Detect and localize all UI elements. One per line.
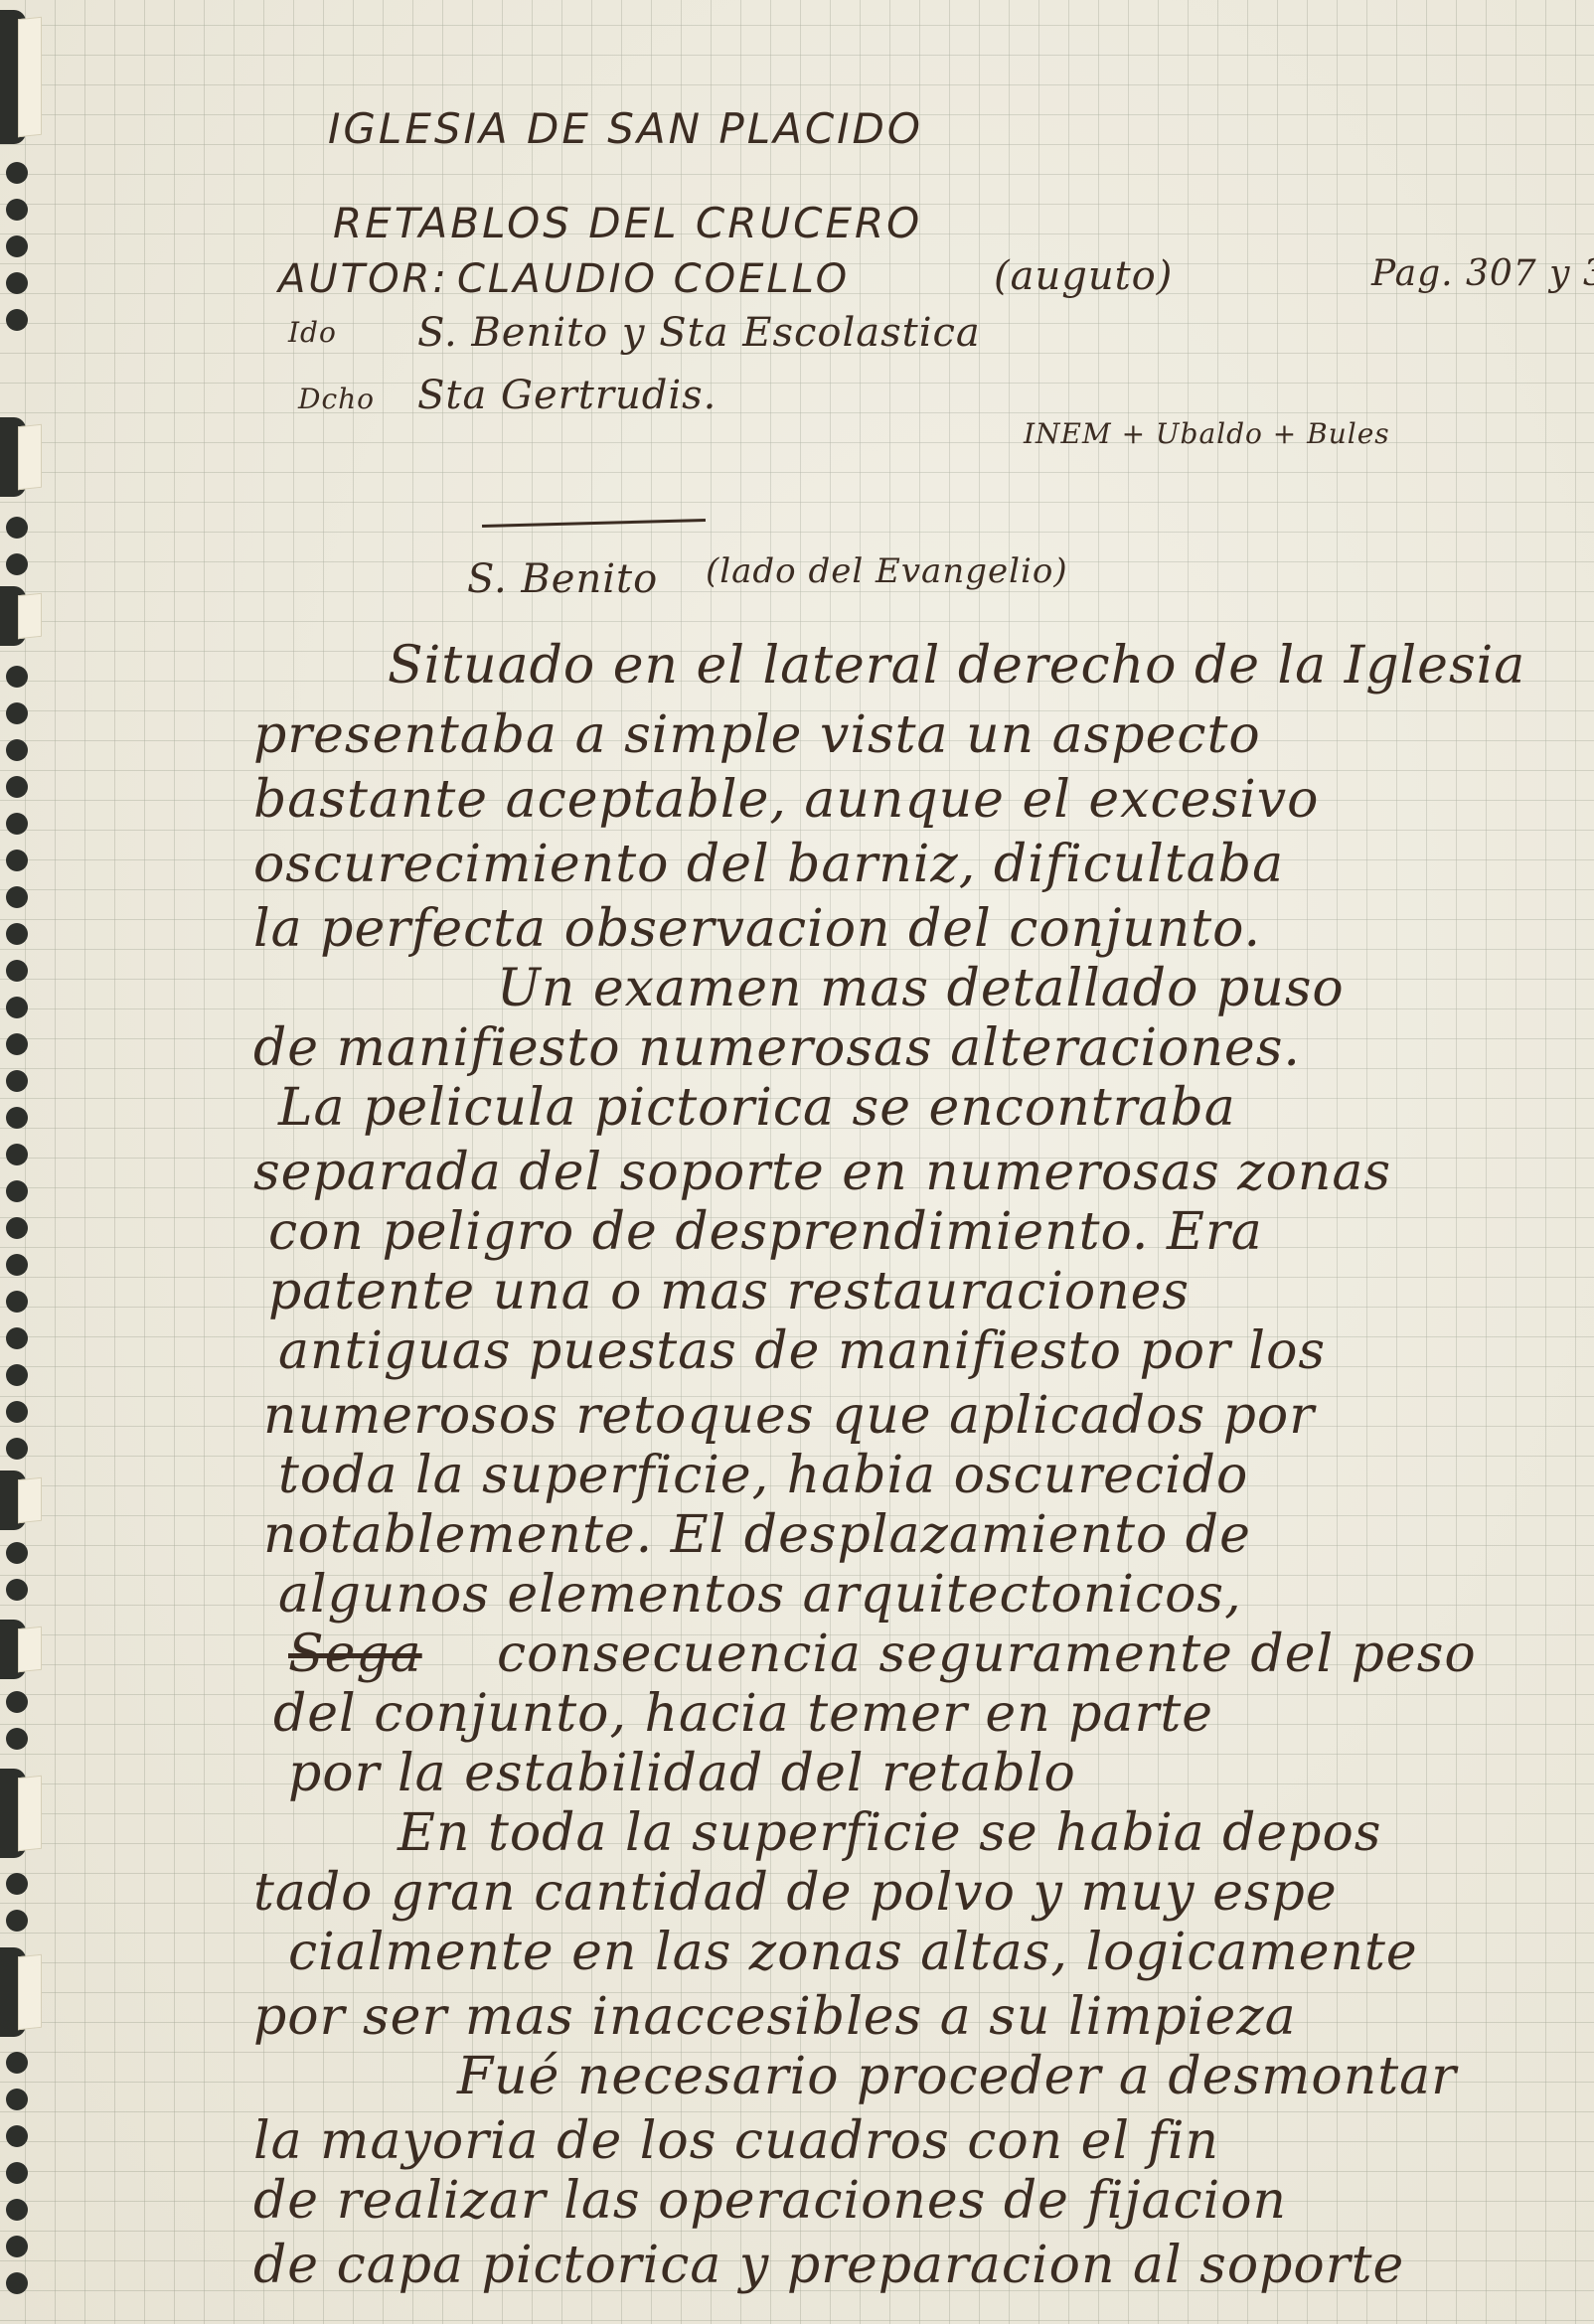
text-line: la perfecta observacion del conjunto. xyxy=(253,899,1261,959)
binding-hole xyxy=(6,1291,28,1313)
binding-hole xyxy=(6,1254,28,1276)
text-line: presentaba a simple vista un aspecto xyxy=(253,705,1261,765)
binding-hole xyxy=(6,199,28,221)
binding-hole xyxy=(6,886,28,908)
binding-hole xyxy=(6,702,28,724)
binding-hole xyxy=(6,2162,28,2184)
section-heading-note: (lado del Evangelio) xyxy=(706,551,1068,591)
binding-hole xyxy=(6,2199,28,2221)
binding-hole xyxy=(6,1180,28,1202)
binding-hole xyxy=(6,1542,28,1564)
torn-perforation xyxy=(0,1471,26,1530)
spiral-binding-perforations xyxy=(0,0,40,2324)
item-marker: Dcho xyxy=(298,383,375,415)
text-line: de manifiesto numerosas alteraciones. xyxy=(253,1018,1301,1078)
author-name: CLAUDIO COELLO xyxy=(457,256,850,302)
text-line: de realizar las operaciones de fijacion xyxy=(253,2171,1287,2231)
binding-hole xyxy=(6,1438,28,1460)
binding-hole xyxy=(6,666,28,688)
binding-hole xyxy=(6,1033,28,1055)
section-divider xyxy=(482,519,706,528)
text-line: patente una o mas restauraciones xyxy=(268,1262,1190,1321)
section-heading: S. Benito xyxy=(467,556,658,602)
binding-hole xyxy=(6,997,28,1018)
text-line: En toda la superficie se habia depos xyxy=(398,1803,1381,1863)
margin-note: INEM + Ubaldo + Bules xyxy=(1024,417,1390,450)
text-line: consecuencia seguramente del peso xyxy=(497,1625,1477,1684)
text-line: toda la superficie, habia oscurecido xyxy=(278,1446,1248,1505)
text-line: la mayoria de los cuadros con el fin xyxy=(253,2111,1219,2171)
binding-hole xyxy=(6,2125,28,2147)
binding-hole xyxy=(6,850,28,871)
text-line: por ser mas inaccesibles a su limpieza xyxy=(253,1987,1297,2047)
binding-hole xyxy=(6,2272,28,2294)
binding-hole xyxy=(6,739,28,761)
text-line: La pelicula pictorica se encontraba xyxy=(278,1078,1236,1138)
page-reference: Pag. 307 y 309 xyxy=(1371,253,1594,294)
text-line: notablemente. El desplazamiento de xyxy=(263,1505,1251,1565)
text-line: algunos elementos arquitectonicos, xyxy=(278,1565,1242,1625)
binding-hole xyxy=(6,1579,28,1601)
torn-perforation xyxy=(0,586,26,646)
text-line: cialmente en las zonas altas, logicament… xyxy=(288,1923,1418,1982)
item-marker: Ido xyxy=(288,316,337,349)
binding-hole xyxy=(6,1728,28,1750)
binding-hole xyxy=(6,2052,28,2074)
text-line: por la estabilidad del retablo xyxy=(288,1744,1076,1803)
binding-hole xyxy=(6,553,28,575)
text-line: Situado en el lateral derecho de la Igle… xyxy=(388,636,1525,696)
binding-hole xyxy=(6,2236,28,2257)
torn-perforation xyxy=(0,1947,26,2037)
text-line: Fué necesario proceder a desmontar xyxy=(457,2047,1457,2106)
page-subtitle: RETABLOS DEL CRUCERO xyxy=(333,199,922,247)
torn-perforation xyxy=(0,1769,26,1858)
binding-hole xyxy=(6,1364,28,1386)
binding-hole xyxy=(6,1401,28,1423)
binding-hole xyxy=(6,1910,28,1932)
text-line: Un examen mas detallado puso xyxy=(497,959,1345,1018)
binding-hole xyxy=(6,1144,28,1165)
binding-hole xyxy=(6,776,28,798)
text-line: oscurecimiento del barniz, dificultaba xyxy=(253,835,1284,894)
torn-perforation xyxy=(0,1620,26,1679)
text-line: con peligro de desprendimiento. Era xyxy=(268,1202,1263,1262)
text-line: antiguas puestas de manifiesto por los xyxy=(278,1321,1326,1381)
binding-hole xyxy=(6,272,28,294)
binding-hole xyxy=(6,309,28,331)
text-line: bastante aceptable, aunque el excesivo xyxy=(253,770,1319,830)
text-line: tado gran cantidad de polvo y muy espe xyxy=(253,1863,1338,1923)
binding-hole xyxy=(6,1327,28,1349)
text-line: numerosos retoques que aplicados por xyxy=(263,1386,1315,1446)
text-line: del conjunto, hacia temer en parte xyxy=(273,1684,1213,1744)
binding-hole xyxy=(6,960,28,982)
author-note: (auguto) xyxy=(994,253,1173,299)
binding-hole xyxy=(6,1217,28,1239)
altar-item-right: Sta Gertrudis. xyxy=(417,373,717,418)
binding-hole xyxy=(6,923,28,945)
altar-item-left: S. Benito y Sta Escolastica xyxy=(417,310,981,356)
author-label: AUTOR: xyxy=(278,256,449,302)
text-line: separada del soporte en numerosas zonas xyxy=(253,1143,1391,1202)
text-line: de capa pictorica y preparacion al sopor… xyxy=(253,2236,1404,2295)
binding-hole xyxy=(6,162,28,184)
binding-hole xyxy=(6,2089,28,2110)
binding-hole xyxy=(6,813,28,835)
binding-hole xyxy=(6,517,28,539)
binding-hole xyxy=(6,1691,28,1713)
binding-hole xyxy=(6,1070,28,1092)
binding-hole xyxy=(6,1107,28,1129)
torn-perforation xyxy=(0,10,26,144)
struck-word: Sega xyxy=(288,1625,422,1684)
torn-perforation xyxy=(0,417,26,497)
binding-hole xyxy=(6,235,28,257)
binding-hole xyxy=(6,1873,28,1895)
page-title: IGLESIA DE SAN PLACIDO xyxy=(328,104,923,153)
